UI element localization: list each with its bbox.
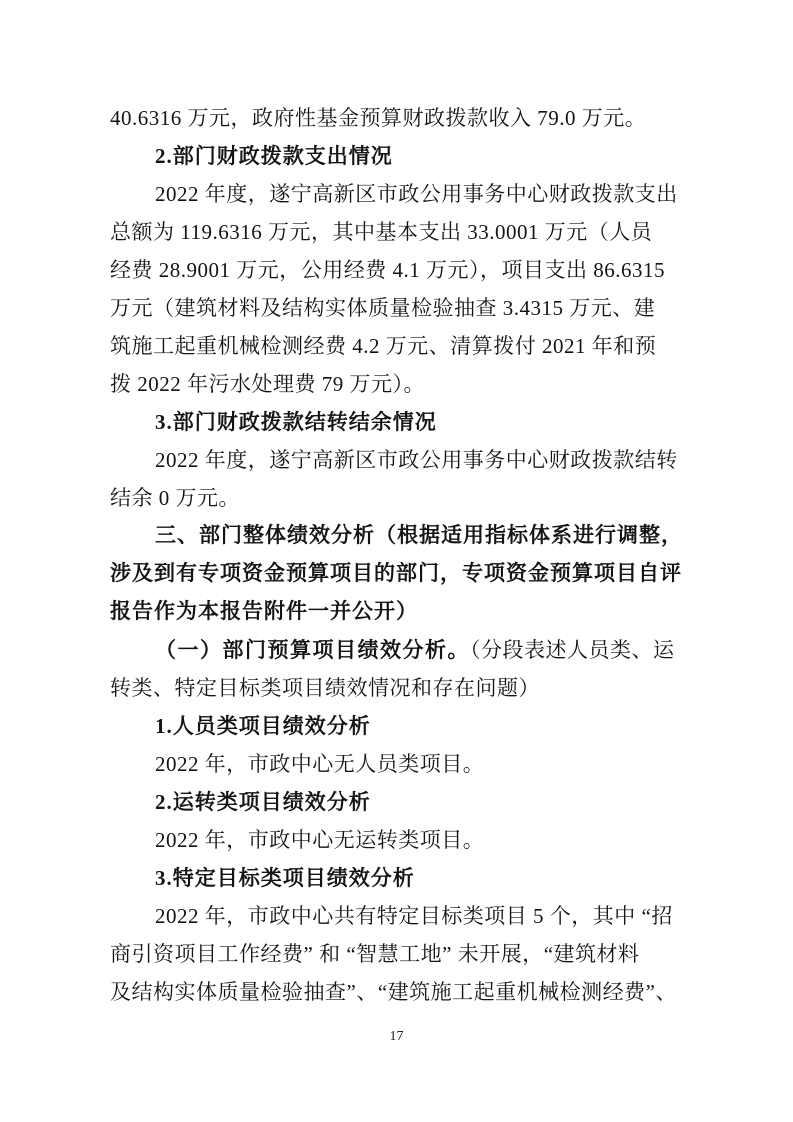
para-continuation-line: 40.6316 万元，政府性基金预算财政拨款收入 79.0 万元。 [110,99,676,137]
page-number: 17 [0,1028,793,1046]
heading-personnel-projects: 1.人员类项目绩效分析 [110,707,676,745]
heading-carryover-balance: 3.部门财政拨款结转结余情况 [110,403,676,441]
section-heading-performance-analysis: 三、部门整体绩效分析（根据适用指标体系进行调整， [110,517,676,555]
section-heading-line: 涉及到有专项资金预算项目的部门，专项资金预算项目自评 [110,555,676,593]
section-heading-line: 报告作为本报告附件一并公开） [110,593,676,631]
para-line: 结余 0 万元。 [110,479,676,517]
para-line: 拨 2022 年污水处理费 79 万元）。 [110,365,676,403]
subsection-heading-budget-projects: （一）部门预算项目绩效分析。 [155,638,470,662]
para-line: 总额为 119.6316 万元，其中基本支出 33.0001 万元（人员 [110,213,676,251]
para-line: 及结构实体质量检验抽查”、“建筑施工起重机械检测经费”、 [110,973,676,1011]
para-line: 2022 年度，遂宁高新区市政公用事务中心财政拨款结转 [110,441,676,479]
document-page: 40.6316 万元，政府性基金预算财政拨款收入 79.0 万元。 2.部门财政… [0,0,793,1122]
heading-fiscal-expenditure: 2.部门财政拨款支出情况 [110,137,676,175]
para-line: 筑施工起重机械检测经费 4.2 万元、清算拨付 2021 年和预 [110,327,676,365]
para-line: 2022 年，市政中心无人员类项目。 [110,745,676,783]
para-line: 2022 年度，遂宁高新区市政公用事务中心财政拨款支出 [110,175,676,213]
para-line: 商引资项目工作经费” 和 “智慧工地” 未开展，“建筑材料 [110,935,676,973]
para-line: 转类、特定目标类项目绩效情况和存在问题） [110,669,676,707]
para-line: 2022 年，市政中心共有特定目标类项目 5 个，其中 “招 [110,897,676,935]
heading-operational-projects: 2.运转类项目绩效分析 [110,783,676,821]
para-line: 经费 28.9001 万元，公用经费 4.1 万元），项目支出 86.6315 [110,251,676,289]
subsection-note: （分段表述人员类、运 [470,638,675,662]
document-body: 40.6316 万元，政府性基金预算财政拨款收入 79.0 万元。 2.部门财政… [110,99,676,1011]
para-line: 万元（建筑材料及结构实体质量检验抽查 3.4315 万元、建 [110,289,676,327]
para-line: 2022 年，市政中心无运转类项目。 [110,821,676,859]
heading-specific-goal-projects: 3.特定目标类项目绩效分析 [110,859,676,897]
subsection-line: （一）部门预算项目绩效分析。（分段表述人员类、运 [110,631,676,669]
